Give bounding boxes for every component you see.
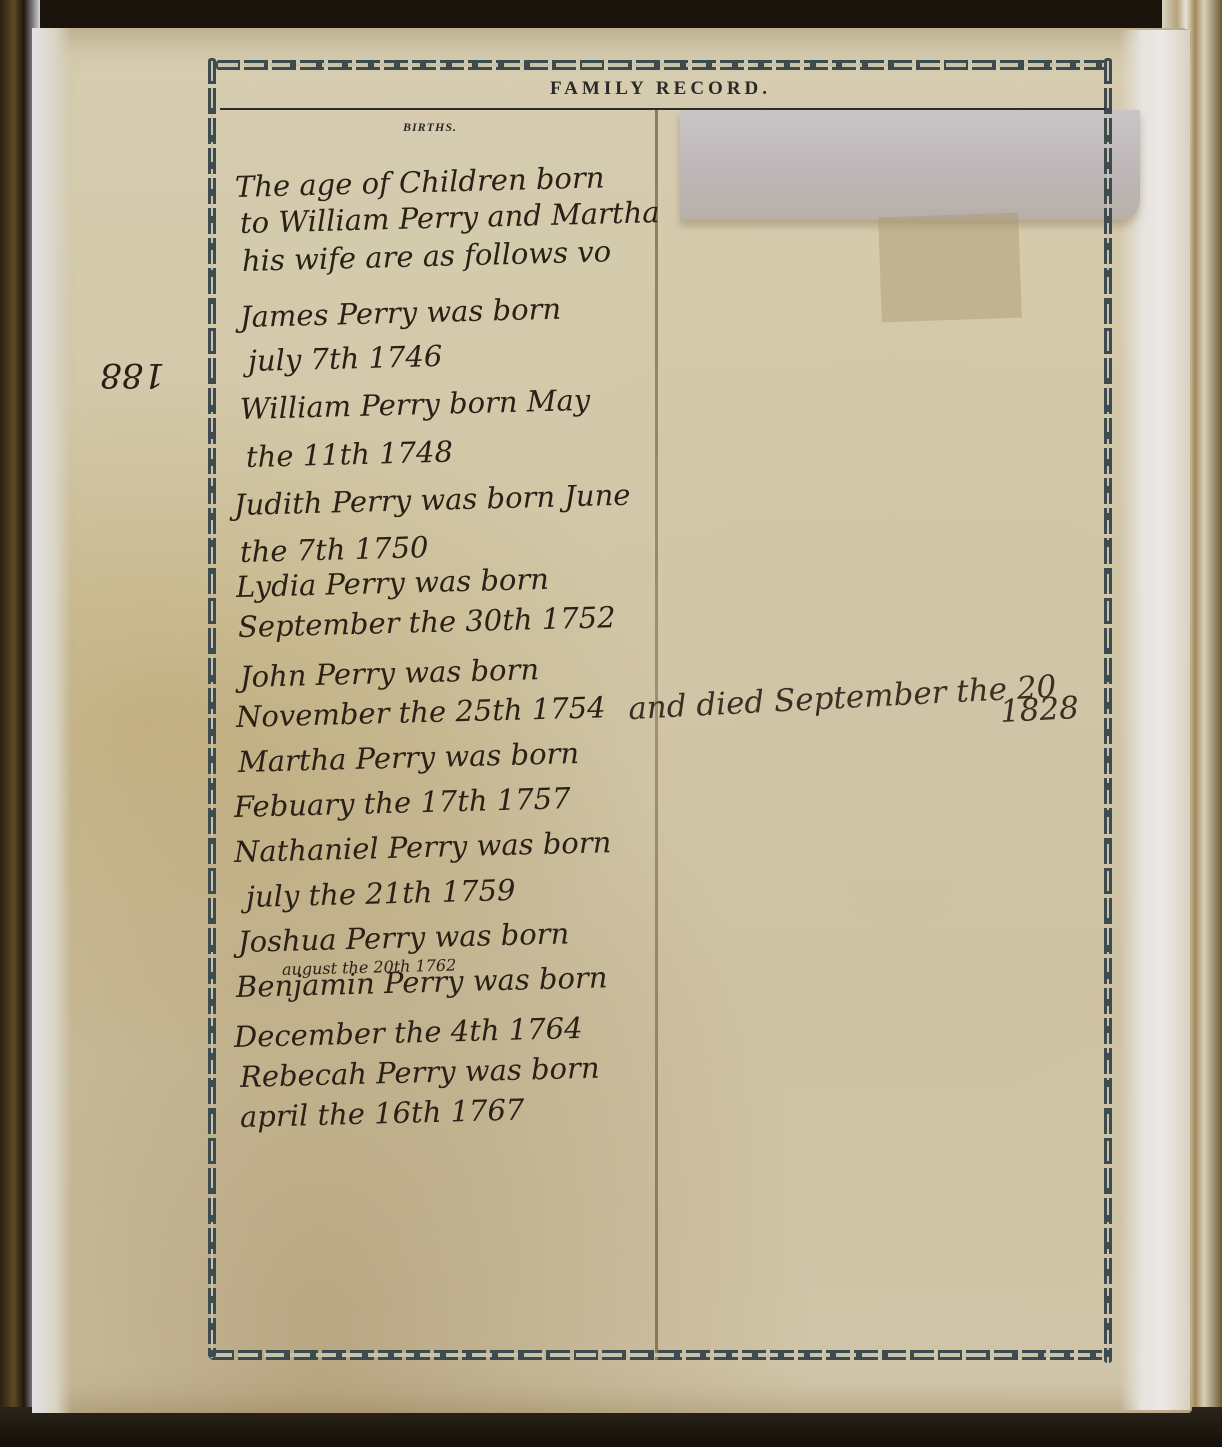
death-annotation-year: 1828 (999, 690, 1080, 730)
birth-entry-judith-line2: the 7th 1750 (240, 530, 429, 569)
page-worn-edge-left (32, 28, 72, 1413)
margin-mark: 188 (100, 355, 165, 395)
birth-entry-james-line2: july 7th 1746 (248, 339, 443, 378)
page-worn-edge-right (1120, 30, 1190, 1410)
record-title: FAMILY RECORD. (208, 78, 1113, 100)
birth-entry-william-line2: the 11th 1748 (246, 435, 454, 474)
border-bottom (210, 1350, 1110, 1360)
border-top (216, 60, 1111, 70)
header-rule (220, 108, 1105, 110)
birth-entry-nathaniel-line2: july the 21th 1759 (246, 873, 516, 914)
border-left (208, 58, 216, 1358)
births-section-label: BIRTHS. (403, 120, 457, 135)
border-right (1104, 58, 1112, 1363)
book-cover-bottom (0, 1407, 1222, 1447)
